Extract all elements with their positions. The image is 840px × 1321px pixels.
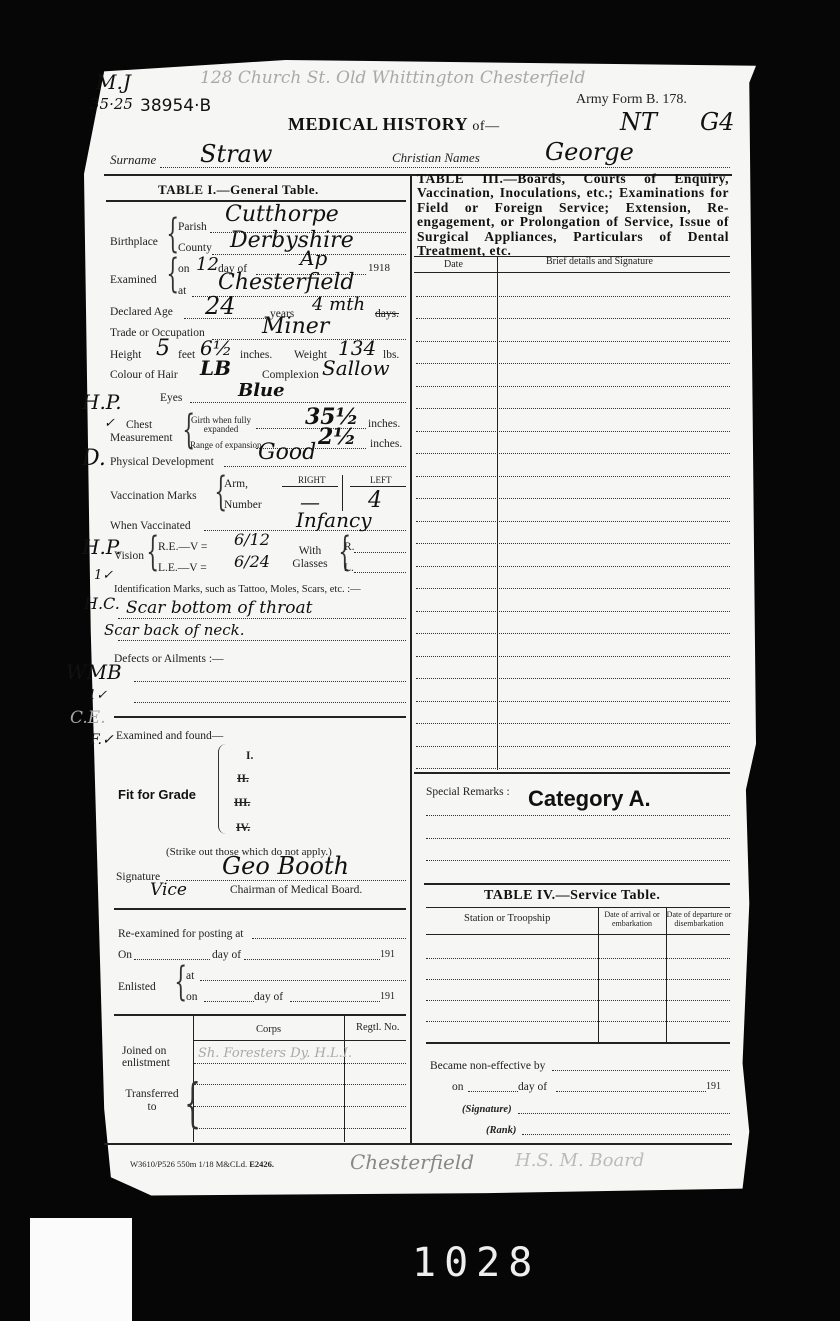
defects-line-2 — [134, 702, 406, 703]
frame-number: 1028 — [412, 1240, 540, 1286]
county-value: Derbyshire — [230, 228, 354, 253]
surname-line — [160, 166, 730, 168]
ne-day-line — [468, 1091, 518, 1092]
number-label: Number — [224, 499, 262, 511]
margin-note-d: D. — [82, 446, 106, 471]
corps-header: Corps — [256, 1024, 281, 1035]
r-line — [354, 552, 406, 553]
category-stamp: Category A. — [528, 786, 651, 812]
footer-board: H.S. M. Board — [515, 1150, 644, 1171]
margin-note-tick-2: 1✓ — [94, 568, 113, 583]
vacc-marks-label: Vaccination Marks — [110, 490, 197, 502]
eyes-line — [190, 402, 406, 403]
table4-row-4 — [426, 1021, 730, 1022]
table3-row — [416, 723, 730, 724]
complexion-value: Sallow — [322, 356, 390, 380]
defects-rule — [114, 716, 406, 718]
print-code-bold: E2426. — [249, 1159, 274, 1169]
film-label-box — [30, 1218, 132, 1321]
table3-row — [416, 543, 730, 544]
corps-row-3 — [194, 1106, 406, 1107]
defects-label: Defects or Ailments :— — [114, 653, 224, 665]
grade-3: III. — [234, 797, 250, 809]
physical-label: Physical Development — [110, 456, 214, 468]
christian-names-value: George — [545, 138, 634, 166]
table3-row — [416, 656, 730, 657]
girth-label: Girth when fully expanded — [190, 416, 252, 434]
table3-row — [416, 633, 730, 634]
table3-row — [416, 521, 730, 522]
grade-brace — [218, 744, 229, 834]
range-value: 2½ — [318, 424, 356, 450]
vice-note: Vice — [150, 880, 187, 900]
details-header: Brief details and Signature — [546, 256, 653, 267]
table3-row — [416, 318, 730, 319]
table3-row — [416, 678, 730, 679]
table3-header-rule — [414, 272, 730, 273]
remarks-line-3 — [426, 860, 730, 861]
table3-row — [416, 476, 730, 477]
at-label: at — [178, 285, 186, 297]
ne-rank-label: (Rank) — [486, 1125, 516, 1136]
special-remarks-label: Special Remarks : — [426, 786, 510, 798]
occupation-line — [212, 339, 406, 340]
occupation-value: Miner — [262, 314, 329, 339]
army-form-id: Army Form B. 178. — [576, 92, 687, 108]
code-nt: NT — [620, 108, 657, 136]
with-glasses-label: With Glasses — [288, 545, 332, 571]
table3-column-divider — [497, 256, 498, 770]
exam-day: 12 — [196, 254, 219, 275]
reexam-day-line — [134, 959, 210, 960]
reexamined-line — [252, 938, 406, 939]
table4-row-3 — [426, 1000, 730, 1001]
table3-row — [416, 611, 730, 612]
center-divider — [410, 174, 412, 1144]
remarks-line-1 — [426, 815, 730, 816]
chairman-label: Chairman of Medical Board. — [230, 884, 362, 896]
hair-label: Colour of Hair — [110, 369, 178, 381]
id-line-2 — [118, 640, 406, 641]
margin-note-ce: C.E. — [70, 708, 106, 728]
ne-month-line — [556, 1091, 706, 1092]
ne-year: 191 — [706, 1081, 721, 1092]
enlisted-on-label: on — [186, 991, 198, 1003]
right-label: RIGHT — [298, 475, 326, 485]
margin-note-hp-1: H.P. — [82, 390, 122, 414]
grade-2: II. — [237, 773, 249, 785]
margin-note-tick-3: 1✓ — [88, 688, 107, 703]
signature-value: Geo Booth — [222, 852, 349, 880]
form-title: MEDICAL HISTORY of— — [288, 114, 500, 135]
table3-row — [416, 408, 730, 409]
surname-label: Surname — [110, 152, 156, 168]
table4-header-rule — [426, 934, 730, 935]
feet-label: feet — [178, 349, 195, 361]
lower-left-rule — [114, 908, 406, 910]
title-of: of— — [472, 119, 499, 134]
corps-row-2 — [194, 1084, 406, 1085]
table4-heading-rule — [426, 907, 730, 908]
le-value: 6/24 — [234, 552, 270, 571]
remarks-line-2 — [426, 838, 730, 839]
id-marks-label: Identification Marks, such as Tattoo, Mo… — [114, 584, 361, 595]
enlisted-year: 191 — [380, 991, 395, 1002]
eyes-value: Blue — [238, 380, 285, 401]
l-line — [354, 572, 406, 573]
days-label: days. — [375, 308, 399, 320]
chest-measurement-label: Measurement — [110, 432, 173, 444]
table3-row — [416, 296, 730, 297]
parish-label: Parish — [178, 221, 207, 233]
footer-place: Chesterfield — [350, 1150, 474, 1174]
enlisted-day-line — [204, 1001, 254, 1002]
left-arm-rule — [350, 486, 406, 487]
girth-unit: inches. — [368, 418, 400, 430]
arrival-header: Date of arrival or embarkation — [600, 910, 664, 928]
exam-year: 1918 — [368, 262, 390, 274]
re-label: R.E.—V = — [158, 541, 207, 553]
declared-age-label: Declared Age — [110, 306, 173, 318]
table3-row — [416, 566, 730, 567]
print-code-text: W3610/P526 550m 1/18 M&CLd. — [130, 1159, 247, 1169]
fit-for-grade-label: Fit for Grade — [118, 787, 196, 802]
ne-on-label: on — [452, 1081, 464, 1093]
r-label: R. — [344, 541, 355, 553]
range-label: Range of expansion — [190, 440, 261, 450]
reexamined-label: Re-examined for posting at — [118, 928, 244, 940]
remarks-bottom-rule — [424, 883, 730, 885]
physical-value: Good — [258, 440, 316, 465]
age-months: 4 mth — [312, 294, 365, 315]
margin-note-hc: H.C. — [84, 594, 120, 613]
table1-heading: TABLE I.—General Table. — [158, 182, 319, 198]
examined-found-label: Examined and found— — [116, 730, 223, 742]
vacc-divider — [342, 475, 343, 511]
transferred-brace: { — [184, 1078, 201, 1130]
departure-header: Date of departure or disembarkation — [666, 910, 732, 928]
table3-row — [416, 746, 730, 747]
transferred-label: Transferred to — [120, 1088, 184, 1114]
non-effective-line — [552, 1070, 730, 1071]
initials-annotation: M.J — [96, 70, 131, 94]
corps-right-divider — [344, 1016, 345, 1142]
birthplace-label: Birthplace — [110, 236, 158, 248]
exam-place: Chesterfield — [218, 270, 355, 295]
table3-row — [416, 453, 730, 454]
when-vacc-value: Infancy — [296, 508, 372, 532]
l-label: L. — [344, 562, 354, 574]
joined-value: Sh. Foresters Dy. H.L.I. — [198, 1046, 352, 1061]
height-feet: 5 — [156, 336, 170, 361]
margin-note-hp-2: H.P. — [82, 535, 122, 559]
signature-line — [166, 880, 406, 881]
ne-signature-line — [518, 1113, 730, 1114]
code-g4: G4 — [700, 108, 734, 136]
left-label: LEFT — [370, 475, 392, 485]
table3-row — [416, 768, 730, 769]
joined-label: Joined on enlistment — [122, 1045, 192, 1069]
grade-4: IV. — [236, 822, 250, 834]
exam-month: Ap — [300, 246, 327, 270]
table3-heading: TABLE III.—Boards, Courts of Enquiry, Va… — [417, 172, 729, 258]
margin-note-wmb: WMB — [66, 660, 122, 684]
eyes-label: Eyes — [160, 392, 182, 404]
id-line-1 — [118, 618, 406, 619]
print-code: W3610/P526 550m 1/18 M&CLd. E2426. — [130, 1159, 274, 1169]
table3-row — [416, 341, 730, 342]
non-effective-label: Became non-effective by — [430, 1060, 545, 1072]
hair-value: LB — [200, 356, 231, 380]
number-annotation: 35·25 — [90, 95, 133, 113]
table3-row — [416, 386, 730, 387]
table3-row — [416, 363, 730, 364]
table4-heading: TABLE IV.—Service Table. — [484, 888, 660, 904]
table4-row-2 — [426, 979, 730, 980]
chest-label: Chest — [126, 419, 152, 431]
le-label: L.E.—V = — [158, 562, 207, 574]
table3-row — [416, 498, 730, 499]
enlisted-day-of-label: day of — [254, 991, 283, 1003]
physical-line — [224, 466, 406, 467]
corps-top-rule — [114, 1014, 406, 1016]
ne-day-of-label: day of — [518, 1081, 547, 1093]
enlisted-label: Enlisted — [118, 981, 156, 993]
id-marks-line2: Scar back of neck. — [104, 621, 245, 639]
id-marks-line1: Scar bottom of throat — [126, 598, 312, 618]
ne-signature-label: (Signature) — [462, 1104, 512, 1115]
arm-label: Arm, — [224, 478, 248, 490]
table4-row-1 — [426, 958, 730, 959]
regimental-number: 38954·B — [140, 96, 211, 116]
table3-bottom-rule — [414, 772, 730, 774]
table3-row — [416, 701, 730, 702]
height-label: Height — [110, 349, 141, 361]
corps-row-1 — [194, 1063, 406, 1064]
station-header: Station or Troopship — [464, 913, 550, 924]
bottom-rule — [104, 1143, 732, 1145]
corps-header-rule — [194, 1040, 406, 1041]
margin-note-tick-1: ✓ — [104, 416, 115, 431]
enlisted-at-label: at — [186, 970, 194, 982]
margin-note-f: F.✓ — [90, 732, 114, 748]
reexam-month-line — [244, 959, 380, 960]
ne-rank-line — [522, 1134, 730, 1135]
on-label: on — [178, 263, 190, 275]
corps-row-4 — [194, 1128, 406, 1129]
date-header: Date — [444, 259, 463, 270]
grade-1: I. — [246, 750, 253, 762]
title-text: MEDICAL HISTORY — [288, 114, 467, 134]
table3-row — [416, 431, 730, 432]
age-years: 24 — [205, 292, 236, 320]
defects-line-1 — [134, 681, 406, 682]
parish-value: Cutthorpe — [225, 202, 339, 227]
reexam-on-label: On — [118, 949, 132, 961]
reexam-day-of-label: day of — [212, 949, 241, 961]
enlisted-at-line — [200, 980, 406, 981]
enlisted-month-line — [290, 1001, 380, 1002]
inches-label: inches. — [240, 349, 272, 361]
regtl-header: Regtl. No. — [356, 1022, 399, 1033]
range-unit: inches. — [370, 438, 402, 450]
address-annotation: 128 Church St. Old Whittington Chesterfi… — [200, 68, 740, 88]
table4-bottom-rule — [426, 1042, 730, 1044]
examined-label: Examined — [110, 274, 157, 286]
surname-value: Straw — [200, 140, 272, 168]
table3-row — [416, 588, 730, 589]
re-value: 6/12 — [234, 530, 270, 549]
reexam-year: 191 — [380, 949, 395, 960]
christian-names-label: Christian Names — [392, 150, 480, 166]
county-label: County — [178, 242, 212, 254]
right-arm-rule — [282, 486, 338, 487]
